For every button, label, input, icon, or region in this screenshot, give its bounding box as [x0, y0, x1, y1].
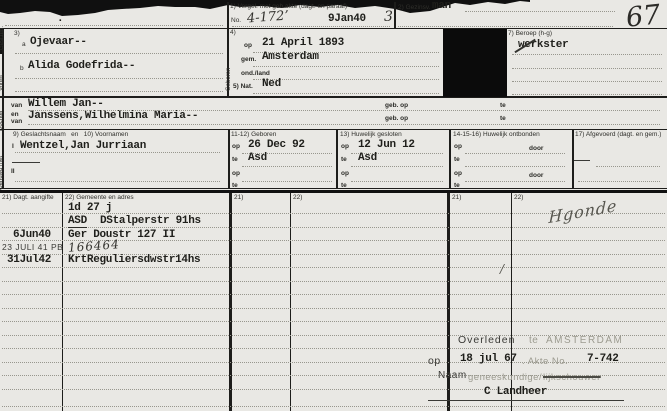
spouse-birthdate-value: 26 Dec 92 — [248, 139, 305, 151]
rule-line — [2, 267, 665, 268]
gesloten-op-label: op — [341, 143, 349, 150]
rule-line — [465, 166, 565, 167]
rule-line — [2, 321, 665, 322]
field1-no-handwritten: 4-172ʼ — [247, 9, 290, 27]
field2-label: 2) Gezinsv. — [398, 4, 430, 11]
ontbonden-te2-label: te — [454, 182, 460, 189]
redacted-photo-box — [443, 29, 507, 97]
marker-b: b — [20, 65, 24, 72]
ontbonden-door-label: door — [529, 145, 543, 152]
divider — [228, 129, 230, 188]
rule-line — [5, 25, 223, 26]
rule-line — [242, 181, 332, 182]
signature-underline — [428, 400, 624, 401]
nationality-label: 5) Nat. — [233, 83, 253, 90]
overleden-stamp-label: Overleden — [458, 334, 515, 346]
marriage-date-value: 12 Jun 12 — [358, 139, 415, 151]
register-dagt-header: 21) Dagt. aangifte — [2, 194, 54, 201]
divider — [0, 28, 667, 30]
rule-line — [242, 166, 332, 167]
rule-line — [351, 166, 443, 167]
address-entry-2-prefix: ASD — [68, 215, 87, 228]
nationality-value: Ned — [262, 78, 281, 90]
rule-line — [2, 406, 665, 407]
huwelijk-gesloten-header: 13) Huwelijk gesloten — [340, 131, 402, 138]
father-name-value: Willem Jan-- — [28, 98, 104, 110]
surname-value: Ojevaar-- — [30, 36, 87, 48]
stray-dot-mark: . — [57, 13, 63, 25]
parents-side-label: Dochter — [0, 110, 4, 131]
death-op-label: op — [428, 355, 441, 367]
geboren-te-label: te — [232, 156, 238, 163]
rule-line — [2, 389, 665, 390]
mother-te-label: te — [500, 115, 506, 122]
overleden-te-label: te — [529, 335, 538, 346]
register-21b-header: 21) — [234, 194, 243, 201]
divider — [572, 129, 574, 188]
divider — [0, 129, 667, 131]
address-entry-1: 1d 27 j — [68, 202, 112, 214]
marriage-side-label: Gehuwd met — [0, 156, 4, 190]
birth-place-value: Amsterdam — [262, 51, 319, 63]
givenname-row-side-label: Voorn. — [0, 74, 5, 91]
gesloten-te-label: te — [341, 156, 347, 163]
given-names-value: Alida Godefrida-- — [28, 60, 135, 72]
death-date-value: 18 jul 67 — [460, 353, 517, 365]
mother-en-label: en — [11, 111, 19, 118]
physician-name-value: C Landheer — [484, 386, 547, 398]
rule-line — [512, 94, 662, 95]
rule-line — [578, 181, 660, 182]
corner-page-number: 67 — [624, 0, 661, 34]
akte-no-label-faint: . Akte No. — [522, 356, 568, 367]
rule-line — [2, 308, 665, 309]
field2-value: man — [432, 0, 451, 12]
handwritten-number-entry-4: 166464 — [68, 237, 121, 255]
rule-line — [2, 281, 665, 282]
register-22b-header: 22) — [293, 194, 302, 201]
divider — [394, 2, 396, 28]
rule-line — [351, 181, 443, 182]
signature-scrawl: Hgonde — [548, 196, 617, 228]
marriage-names-header: 9) Geslachtsnaam en 10) Voornamen — [13, 131, 128, 138]
spouse-name-value: Wentzel,Jan Jurriaan — [20, 140, 146, 152]
father-van-label: van — [11, 102, 22, 109]
geboren-te2-label: te — [232, 182, 238, 189]
mother-name-value: Janssens,Wilhelmina Maria-- — [28, 110, 198, 122]
date-stamp-entry-4: 23 JULI 41 PB — [2, 242, 63, 252]
field3-number: 3) — [14, 30, 20, 37]
lijkschouwer-struck-label: lijkschouwer — [543, 372, 601, 383]
rule-line — [15, 78, 223, 79]
field1-label: 1) Vergel. met geb.akte (dagt. en paraaf… — [230, 3, 347, 10]
register-21c-header: 21) — [452, 194, 461, 201]
rule-line — [15, 91, 223, 92]
father-te-label: te — [500, 102, 506, 109]
rule-line — [512, 68, 662, 69]
address-entry-5: KrtReguliersdwstr14hs — [68, 254, 200, 266]
marriage-row1-index: I — [12, 143, 14, 150]
marriage-row2-index: II — [11, 168, 15, 175]
birth-side-label: Geboren — [226, 68, 232, 91]
date-entry-5: 31Jul42 — [7, 254, 51, 266]
ontbonden-op2-label: op — [454, 170, 462, 177]
birth-ond-label: ond./land — [241, 70, 270, 77]
register-22c-header: 22) — [514, 194, 523, 201]
field4-number: 4) — [230, 29, 236, 36]
beroep-label: 7) Beroep (h-g) — [508, 30, 552, 37]
field1-no-label: No. — [231, 17, 241, 24]
ontbonden-op-label: op — [454, 143, 462, 150]
rule-line — [465, 11, 615, 12]
rule-line — [232, 26, 390, 27]
rule-line — [512, 54, 662, 55]
registration-card: 67 . 1) Vergel. met geb.akte (dagt. en p… — [0, 0, 667, 411]
ontbonden-te-label: te — [454, 156, 460, 163]
field1-paraaf-handwritten: 3 — [384, 9, 393, 25]
dash-mark — [12, 162, 40, 163]
date-entry-3: 6Jun40 — [13, 229, 51, 241]
ontbonden-door2-label: door — [529, 172, 543, 179]
rule-line — [2, 348, 665, 349]
rule-line — [253, 93, 439, 94]
surname-row-side-label: Gesl.nm. — [0, 26, 5, 50]
mother-van-label: van — [11, 118, 22, 125]
divider — [0, 188, 667, 189]
birth-op-label: op — [244, 42, 252, 49]
birth-date-value: 21 April 1893 — [262, 37, 344, 49]
marriage-place-value: Asd — [358, 152, 377, 164]
rule-line — [253, 66, 439, 67]
dash-mark — [574, 160, 590, 161]
rule-line — [15, 181, 220, 182]
rule-line — [465, 181, 565, 182]
akte-number-value: 7-742 — [587, 353, 619, 365]
rule-line — [596, 166, 660, 167]
geboren-op2-label: op — [232, 170, 240, 177]
rule-line — [2, 294, 665, 295]
divider — [336, 129, 338, 188]
small-slash-mark: / — [500, 262, 504, 276]
field1-date-typed: 9Jan40 — [328, 13, 366, 25]
rule-line — [28, 124, 660, 125]
rule-line — [15, 152, 220, 153]
geboren-column-header: 11-12) Geboren — [231, 131, 276, 138]
afgevoerd-column-header: 17) Afgevoerd (dagt. en gem.) — [575, 131, 661, 138]
rule-line — [15, 53, 223, 54]
divider-thick — [0, 190, 667, 193]
address-entry-2: DStalperstr 91hs — [100, 215, 201, 227]
father-geb-op-label: geb. op — [385, 102, 408, 109]
register-gemeente-header: 22) Gemeente en adres — [65, 194, 134, 201]
birth-gem-label: gem. — [241, 56, 256, 63]
rule-line — [512, 81, 662, 82]
marker-a: a — [22, 41, 26, 48]
rule-line — [465, 153, 565, 154]
mother-geb-op-label: geb. op — [385, 115, 408, 122]
gesloten-op2-label: op — [341, 170, 349, 177]
spouse-birthplace-value: Asd — [248, 152, 267, 164]
rule-line — [28, 110, 660, 111]
death-place-faint: AMSTERDAM — [546, 335, 623, 346]
huwelijk-ontbonden-header: 14-15-16) Huwelijk ontbonden — [453, 131, 540, 138]
geneeskundige-label-faint: geneeskundige/ — [468, 372, 542, 383]
divider — [449, 129, 451, 188]
gesloten-te2-label: te — [341, 182, 347, 189]
geboren-op-label: op — [232, 143, 240, 150]
rule-line — [398, 26, 613, 27]
naam-stamp-label: Naam — [438, 370, 467, 381]
